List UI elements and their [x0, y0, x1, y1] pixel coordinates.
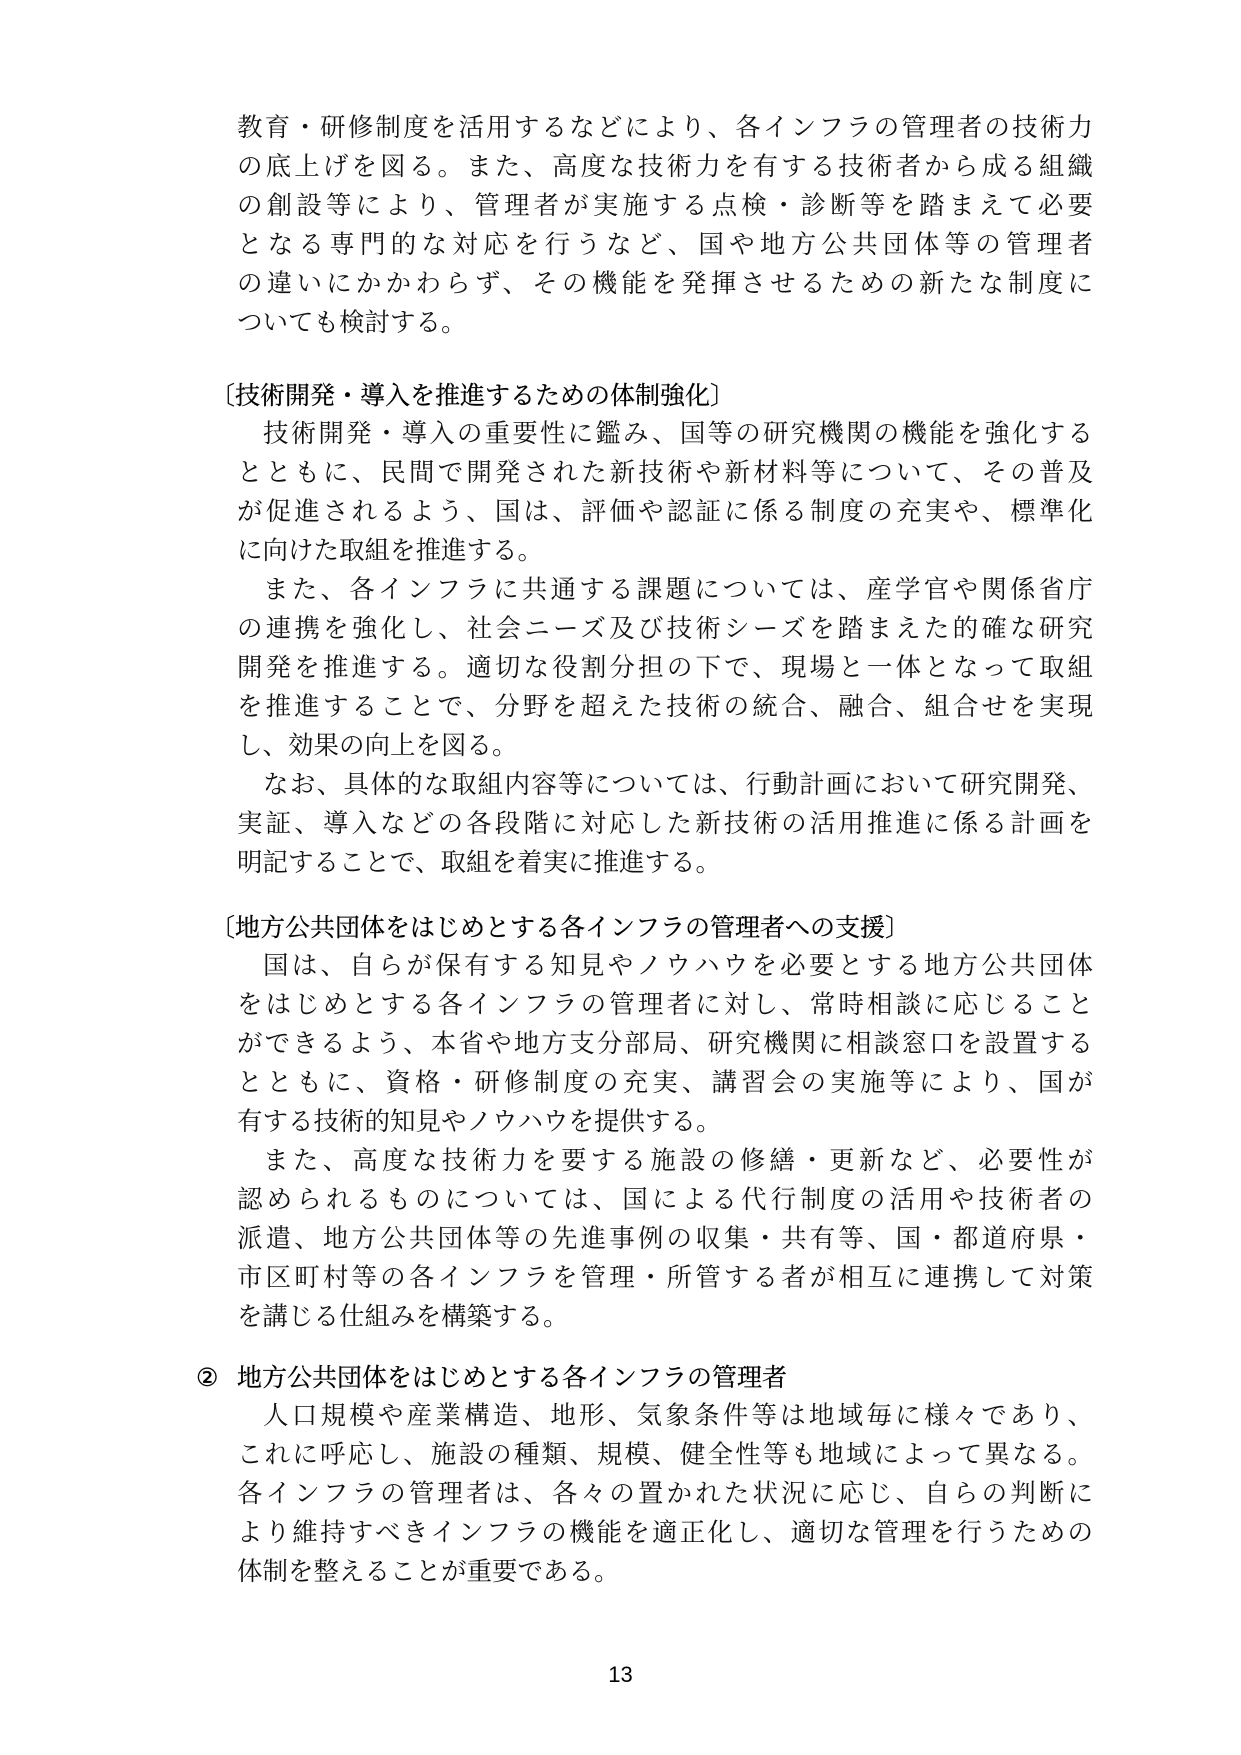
- text-line: の違いにかかわらず、その機能を発揮させるための新たな制度に: [237, 265, 1093, 304]
- section-heading-tech-development: 〔技術開発・導入を推進するための体制強化〕: [210, 376, 735, 415]
- text-line: とともに、資格・研修制度の充実、講習会の実施等により、国が: [237, 1064, 1093, 1103]
- text-line: をはじめとする各インフラの管理者に対し、常時相談に応じること: [237, 986, 1093, 1025]
- text-line: より維持すべきインフラの機能を適正化し、適切な管理を行うための: [237, 1514, 1093, 1553]
- text-line: 各インフラの管理者は、各々の置かれた状況に応じ、自らの判断に: [237, 1475, 1093, 1514]
- document-page: 教育・研修制度を活用するなどにより、各インフラの管理者の技術力 の底上げを図る。…: [0, 0, 1241, 1755]
- text-line: 教育・研修制度を活用するなどにより、各インフラの管理者の技術力: [237, 109, 1093, 148]
- text-line: の連携を強化し、社会ニーズ及び技術シーズを踏まえた的確な研究: [237, 610, 1093, 649]
- intro-paragraph: 教育・研修制度を活用するなどにより、各インフラの管理者の技術力 の底上げを図る。…: [237, 109, 1093, 343]
- text-line: 市区町村等の各インフラを管理・所管する者が相互に連携して対策: [237, 1259, 1093, 1298]
- text-line: また、高度な技術力を要する施設の修繕・更新など、必要性が: [237, 1142, 1093, 1181]
- text-line: が促進されるよう、国は、評価や認証に係る制度の充実や、標準化: [237, 493, 1093, 532]
- text-line: なお、具体的な取組内容等については、行動計画において研究開発、: [237, 766, 1093, 805]
- section-heading-infra-managers: 地方公共団体をはじめとする各インフラの管理者: [237, 1358, 787, 1397]
- section3-body: 人口規模や産業構造、地形、気象条件等は地域毎に様々であり、 これに呼応し、施設の…: [237, 1397, 1093, 1592]
- text-line: ついても検討する。: [237, 304, 1093, 343]
- text-line: の底上げを図る。また、高度な技術力を有する技術者から成る組織: [237, 148, 1093, 187]
- section2-body: 国は、自らが保有する知見やノウハウを必要とする地方公共団体 をはじめとする各イン…: [237, 947, 1093, 1337]
- text-line: とともに、民間で開発された新技術や新材料等について、その普及: [237, 454, 1093, 493]
- text-line: 国は、自らが保有する知見やノウハウを必要とする地方公共団体: [237, 947, 1093, 986]
- page-number: 13: [0, 1662, 1241, 1688]
- text-line: これに呼応し、施設の種類、規模、健全性等も地域によって異なる。: [237, 1436, 1093, 1475]
- text-line: 人口規模や産業構造、地形、気象条件等は地域毎に様々であり、: [237, 1397, 1093, 1436]
- text-line: に向けた取組を推進する。: [237, 532, 1093, 571]
- text-line: 有する技術的知見やノウハウを提供する。: [237, 1103, 1093, 1142]
- text-line: 体制を整えることが重要である。: [237, 1553, 1093, 1592]
- text-line: 技術開発・導入の重要性に鑑み、国等の研究機関の機能を強化する: [237, 415, 1093, 454]
- section-heading-local-support: 〔地方公共団体をはじめとする各インフラの管理者への支援〕: [210, 908, 910, 947]
- text-line: また、各インフラに共通する課題については、産学官や関係省庁: [237, 571, 1093, 610]
- text-line: の創設等により、管理者が実施する点検・診断等を踏まえて必要: [237, 187, 1093, 226]
- text-line: 明記することで、取組を着実に推進する。: [237, 844, 1093, 883]
- text-line: を講じる仕組みを構築する。: [237, 1298, 1093, 1337]
- text-line: ができるよう、本省や地方支分部局、研究機関に相談窓口を設置する: [237, 1025, 1093, 1064]
- text-line: 実証、導入などの各段階に対応した新技術の活用推進に係る計画を: [237, 805, 1093, 844]
- text-line: となる専門的な対応を行うなど、国や地方公共団体等の管理者: [237, 226, 1093, 265]
- text-line: を推進することで、分野を超えた技術の統合、融合、組合せを実現: [237, 688, 1093, 727]
- section1-body: 技術開発・導入の重要性に鑑み、国等の研究機関の機能を強化する とともに、民間で開…: [237, 415, 1093, 883]
- text-line: 派遣、地方公共団体等の先進事例の収集・共有等、国・都道府県・: [237, 1220, 1093, 1259]
- text-line: し、効果の向上を図る。: [237, 727, 1093, 766]
- text-line: 開発を推進する。適切な役割分担の下で、現場と一体となって取組: [237, 649, 1093, 688]
- text-line: 認められるものについては、国による代行制度の活用や技術者の: [237, 1181, 1093, 1220]
- section-number: ②: [196, 1358, 218, 1397]
